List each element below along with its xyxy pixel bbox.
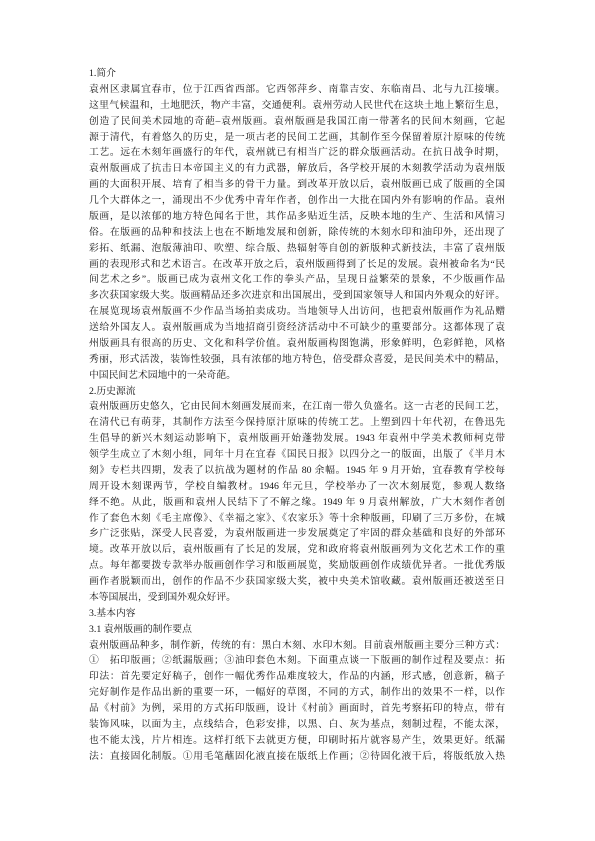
section-heading: 1.简介 bbox=[89, 66, 505, 82]
text-line: 品《村前》为例，采用的方式拓印版画，设计《村前》画面时，首先考察拓印的特点，带有 bbox=[89, 701, 505, 717]
text-line: 俗。在版画的品种和技法上也在不断地发展和创新，除传统的木刻水印和油印外，还出现了 bbox=[89, 225, 505, 241]
section-heading: 3.基本内容 bbox=[89, 606, 505, 622]
text-line: ① 拓印版画；②纸漏版画；③油印套色木刻。下面重点谈一下版画的制作过程及要点：拓 bbox=[89, 653, 505, 669]
document-page: 1.简介袁州区隶属宜春市，位于江西省西部。它西邻萍乡、南靠吉安、东临南昌、北与九… bbox=[0, 0, 595, 841]
text-line: 彩拓、纸漏、泡版薄油印、吹塑、综合版、热辐射等自创的新版种式新技法，丰富了袁州版 bbox=[89, 241, 505, 257]
text-line: 中国民间艺术园地中的一朵奇葩。 bbox=[89, 368, 505, 384]
text-line: 法：直接固化制版。①用毛笔蘸固化液直接在版纸上作画；②待固化液干后，将版纸放入热 bbox=[89, 749, 505, 765]
text-line: 版画，是以浓郁的地方特色闻名于世，其作品多贴近生活，反映本地的生产、生活和风情习 bbox=[89, 209, 505, 225]
text-line: 源于清代，有着悠久的历史，是一项古老的民间工艺画，其制作至今保留着原汁原味的传统 bbox=[89, 130, 505, 146]
text-line: 本等国展出，受到国外观众好评。 bbox=[89, 590, 505, 606]
text-line: 在清代已有萌芽，其制作方法至今保持原汁原味的传统工艺。上塑到四十年代初，在鲁迅先 bbox=[89, 415, 505, 431]
document-body: 1.简介袁州区隶属宜春市，位于江西省西部。它西邻萍乡、南靠吉安、东临南昌、北与九… bbox=[89, 66, 505, 765]
text-line: 画的大面积开展、培育了相当多的骨干力量。到改革开放以后，袁州版画已成了版画的全国 bbox=[89, 177, 505, 193]
text-line: 袁州版画成了抗击日本帝国主义的有力武器，解放后，各学校开展的木刻教学活动为袁州版 bbox=[89, 161, 505, 177]
section-heading: 3.1 袁州版画的制作要点 bbox=[89, 622, 505, 638]
text-line: 装饰风味，以面为主，点线结合，色彩安排，以黑、白、灰为基点，刻制过程，不能太深， bbox=[89, 717, 505, 733]
text-line: 秀丽，形式活泼，装饰性较强，具有浓郁的地方特色，倍受群众喜爱，是民间美术中的精品… bbox=[89, 352, 505, 368]
text-line: 乡广泛张贴，深受人民喜爱，为袁州版画进一步发展奠定了牢固的群众基础和良好的外部环 bbox=[89, 526, 505, 542]
text-line: 完好制作是作品出新的重要一环，一幅好的草图，不同的方式，制作出的效果不一样，以作 bbox=[89, 685, 505, 701]
text-line: 刻》专栏共四期，发表了以抗战为题材的作品 80 余幅。1945 年 9 月开始，… bbox=[89, 463, 505, 479]
text-line: 袁州版画品种多，制作新，传统的有：黑白木刻、水印木刻。目前袁州版画主要分三种方式… bbox=[89, 638, 505, 654]
text-line: 多次获国家级大奖。版画精品还多次进京和出国展出，受到国家领导人和国内外观众的好评… bbox=[89, 288, 505, 304]
text-line: 生倡导的新兴木刻运动影响下，袁州版画开始蓬勃发展。1943 年袁州中学美术教师柯… bbox=[89, 431, 505, 447]
text-line: 绎不绝。从此，版画和袁州人民结下了不解之缘。1949 年 9 月袁州解放，广大木… bbox=[89, 495, 505, 511]
text-line: 领学生成立了木刻小组，同年十月在宜春《国民日报》以四分之一的版面，出版了《半月木 bbox=[89, 447, 505, 463]
text-line: 画作者脱颖而出，创作的作品不少获国家级大奖，被中央美术馆收藏。袁州版画还被送至日 bbox=[89, 574, 505, 590]
text-line: 送给外国友人。袁州版画成为当地招商引资经济活动中不可缺少的重要部分。这都体现了袁 bbox=[89, 320, 505, 336]
section-heading: 2.历史源流 bbox=[89, 384, 505, 400]
text-line: 创造了民间美术园地的奇葩–袁州版画。袁州版画是我国江南一带著名的民间木刻画，它起 bbox=[89, 114, 505, 130]
text-line: 工艺。远在木刻年画盛行的年代，袁州就已有相当广泛的群众版画活动。在抗日战争时期， bbox=[89, 145, 505, 161]
text-line: 几个大群体之一，涌现出不少优秀中青年作者，创作出一大批在国内外有影响的作品。袁州 bbox=[89, 193, 505, 209]
text-line: 画的表现形式和艺术语言。在改革开放之后，袁州版画得到了长足的发展。袁州被命名为“… bbox=[89, 257, 505, 273]
text-line: 在展览现场袁州版画不少作品当场拍卖成功。当地领导人出访问，也把袁州版画作为礼品赠 bbox=[89, 304, 505, 320]
text-line: 州版画具有很高的历史、文化和科学价值。袁州版画构图饱满，形象鲜明，色彩鲜艳，风格 bbox=[89, 336, 505, 352]
text-line: 袁州版画历史悠久，它由民间木刻画发展而来，在江南一带久负盛名。这一古老的民间工艺… bbox=[89, 399, 505, 415]
text-line: 这里气候温和，土地肥沃，物产丰富，交通便利。袁州劳动人民世代在这块土地上繁衍生息… bbox=[89, 98, 505, 114]
text-line: 也不能太浅，片片相连。这样打纸下去就更方便，印刷时拓片就容易产生，效果更好。纸漏 bbox=[89, 733, 505, 749]
text-line: 境。改革开放以后，袁州版画有了长足的发展，党和政府将袁州版画列为文化艺术工作的重 bbox=[89, 542, 505, 558]
text-line: 印法：首先要定好稿子，创作一幅优秀作品难度较大，作品的内涵，形式感，创意新，稿子 bbox=[89, 669, 505, 685]
text-line: 袁州区隶属宜春市，位于江西省西部。它西邻萍乡、南靠吉安、东临南昌、北与九江接壤。 bbox=[89, 82, 505, 98]
text-line: 作了套色木刻《毛主席像》、《幸福之家》、《农家乐》等十余种版画，印刷了三万多份，… bbox=[89, 511, 505, 527]
text-line: 间艺术之乡”。版画已成为袁州文化工作的拳头产品，呈现日益繁荣的景象，不少版画作品 bbox=[89, 272, 505, 288]
text-line: 周开设木刻课两节，学校自编教材。1946 年元旦，学校举办了一次木刻展览，参观人… bbox=[89, 479, 505, 495]
text-line: 点。每年都要拨专款举办版画创作学习和版画展览，奖励版画创作成绩优异者。一批优秀版 bbox=[89, 558, 505, 574]
